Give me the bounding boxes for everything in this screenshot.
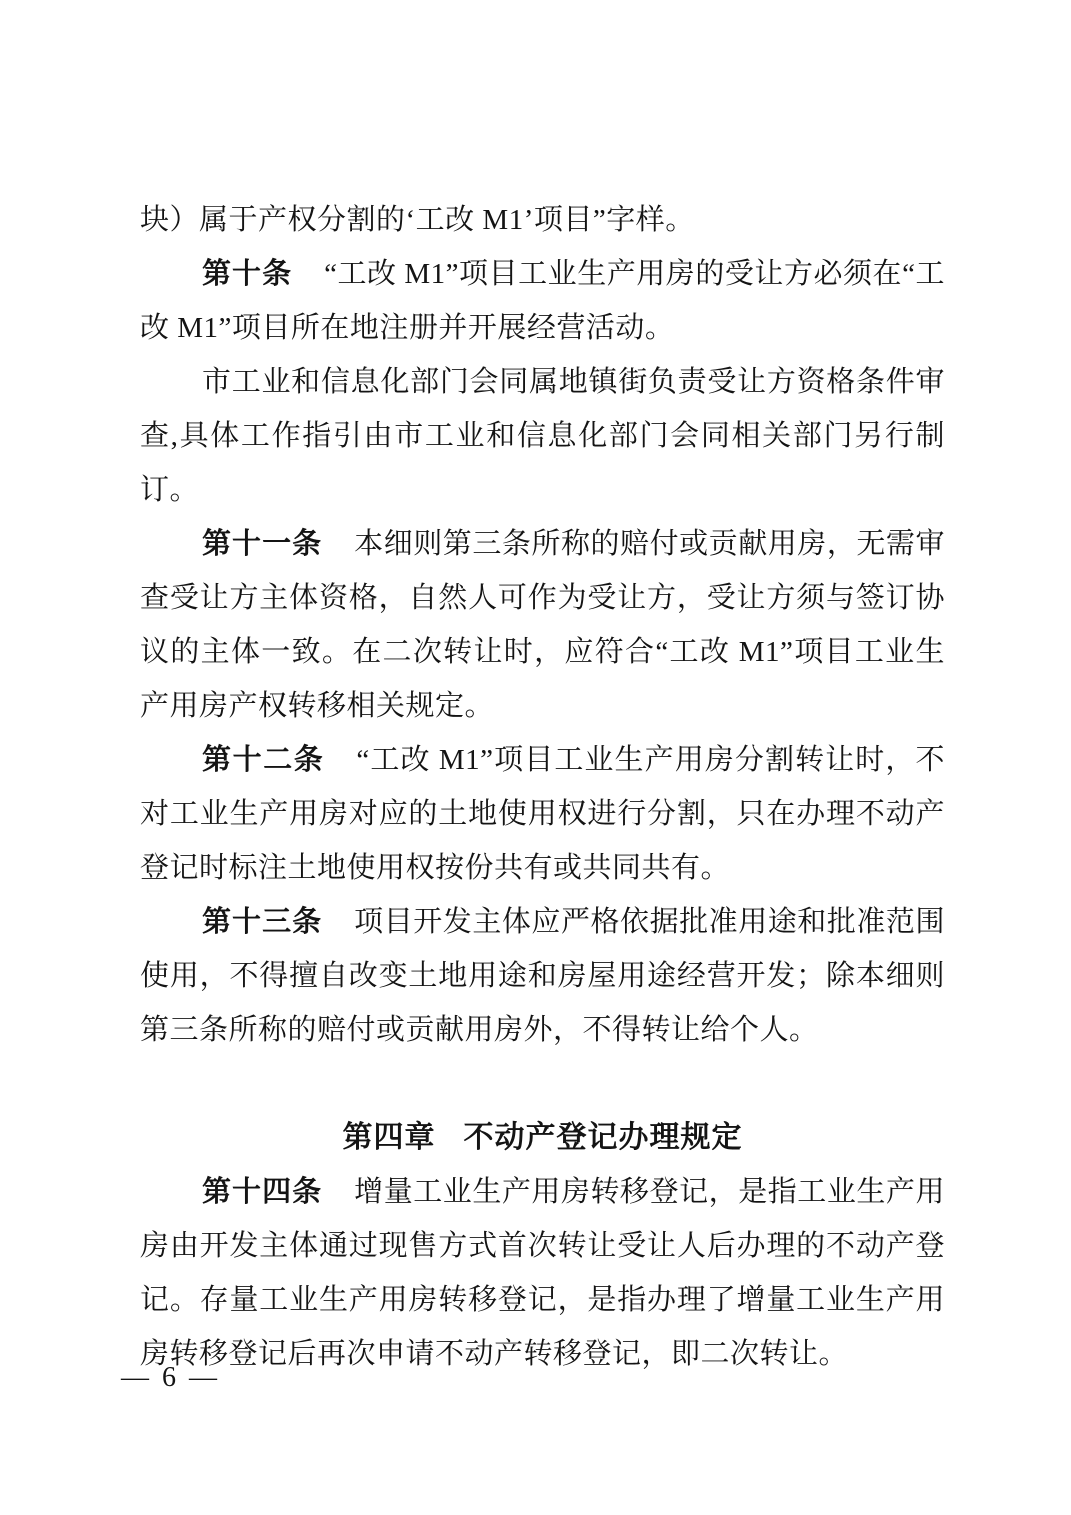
- article-13: 第十三条项目开发主体应严格依据批准用途和批准范围使用，不得擅自改变土地用途和房屋…: [140, 895, 945, 1057]
- page-number: — 6 —: [121, 1362, 220, 1393]
- document-page: 块）属于产权分割的‘工改 M1’项目”字样。 第十条“工改 M1”项目工业生产用…: [0, 0, 1071, 1515]
- paragraph-continuation: 块）属于产权分割的‘工改 M1’项目”字样。: [140, 193, 945, 247]
- document-body: 块）属于产权分割的‘工改 M1’项目”字样。 第十条“工改 M1”项目工业生产用…: [140, 193, 945, 1381]
- page-number-footer: — 6 —: [121, 1351, 220, 1405]
- chapter-4-number: 第四章: [343, 1121, 436, 1154]
- article-11: 第十一条本细则第三条所称的赔付或贡献用房，无需审查受让方主体资格，自然人可作为受…: [140, 517, 945, 733]
- article-10: 第十条“工改 M1”项目工业生产用房的受让方必须在“工改 M1”项目所在地注册并…: [140, 247, 945, 355]
- article-10-label: 第十条: [202, 258, 292, 290]
- paragraph-continuation-text: 块）属于产权分割的‘工改 M1’项目”字样。: [140, 204, 695, 236]
- chapter-4-title: 不动产登记办理规定: [464, 1121, 743, 1154]
- article-14-label: 第十四条: [202, 1176, 322, 1208]
- article-10-subparagraph: 市工业和信息化部门会同属地镇街负责受让方资格条件审查,具体工作指引由市工业和信息…: [140, 355, 945, 517]
- article-12: 第十二条“工改 M1”项目工业生产用房分割转让时，不对工业生产用房对应的土地使用…: [140, 733, 945, 895]
- article-10-subparagraph-text: 市工业和信息化部门会同属地镇街负责受让方资格条件审查,具体工作指引由市工业和信息…: [140, 366, 945, 506]
- article-11-label: 第十一条: [202, 528, 322, 560]
- article-13-label: 第十三条: [202, 906, 322, 938]
- chapter-4-heading: 第四章不动产登记办理规定: [140, 1111, 945, 1165]
- article-12-label: 第十二条: [202, 744, 324, 776]
- article-14: 第十四条增量工业生产用房转移登记，是指工业生产用房由开发主体通过现售方式首次转让…: [140, 1165, 945, 1381]
